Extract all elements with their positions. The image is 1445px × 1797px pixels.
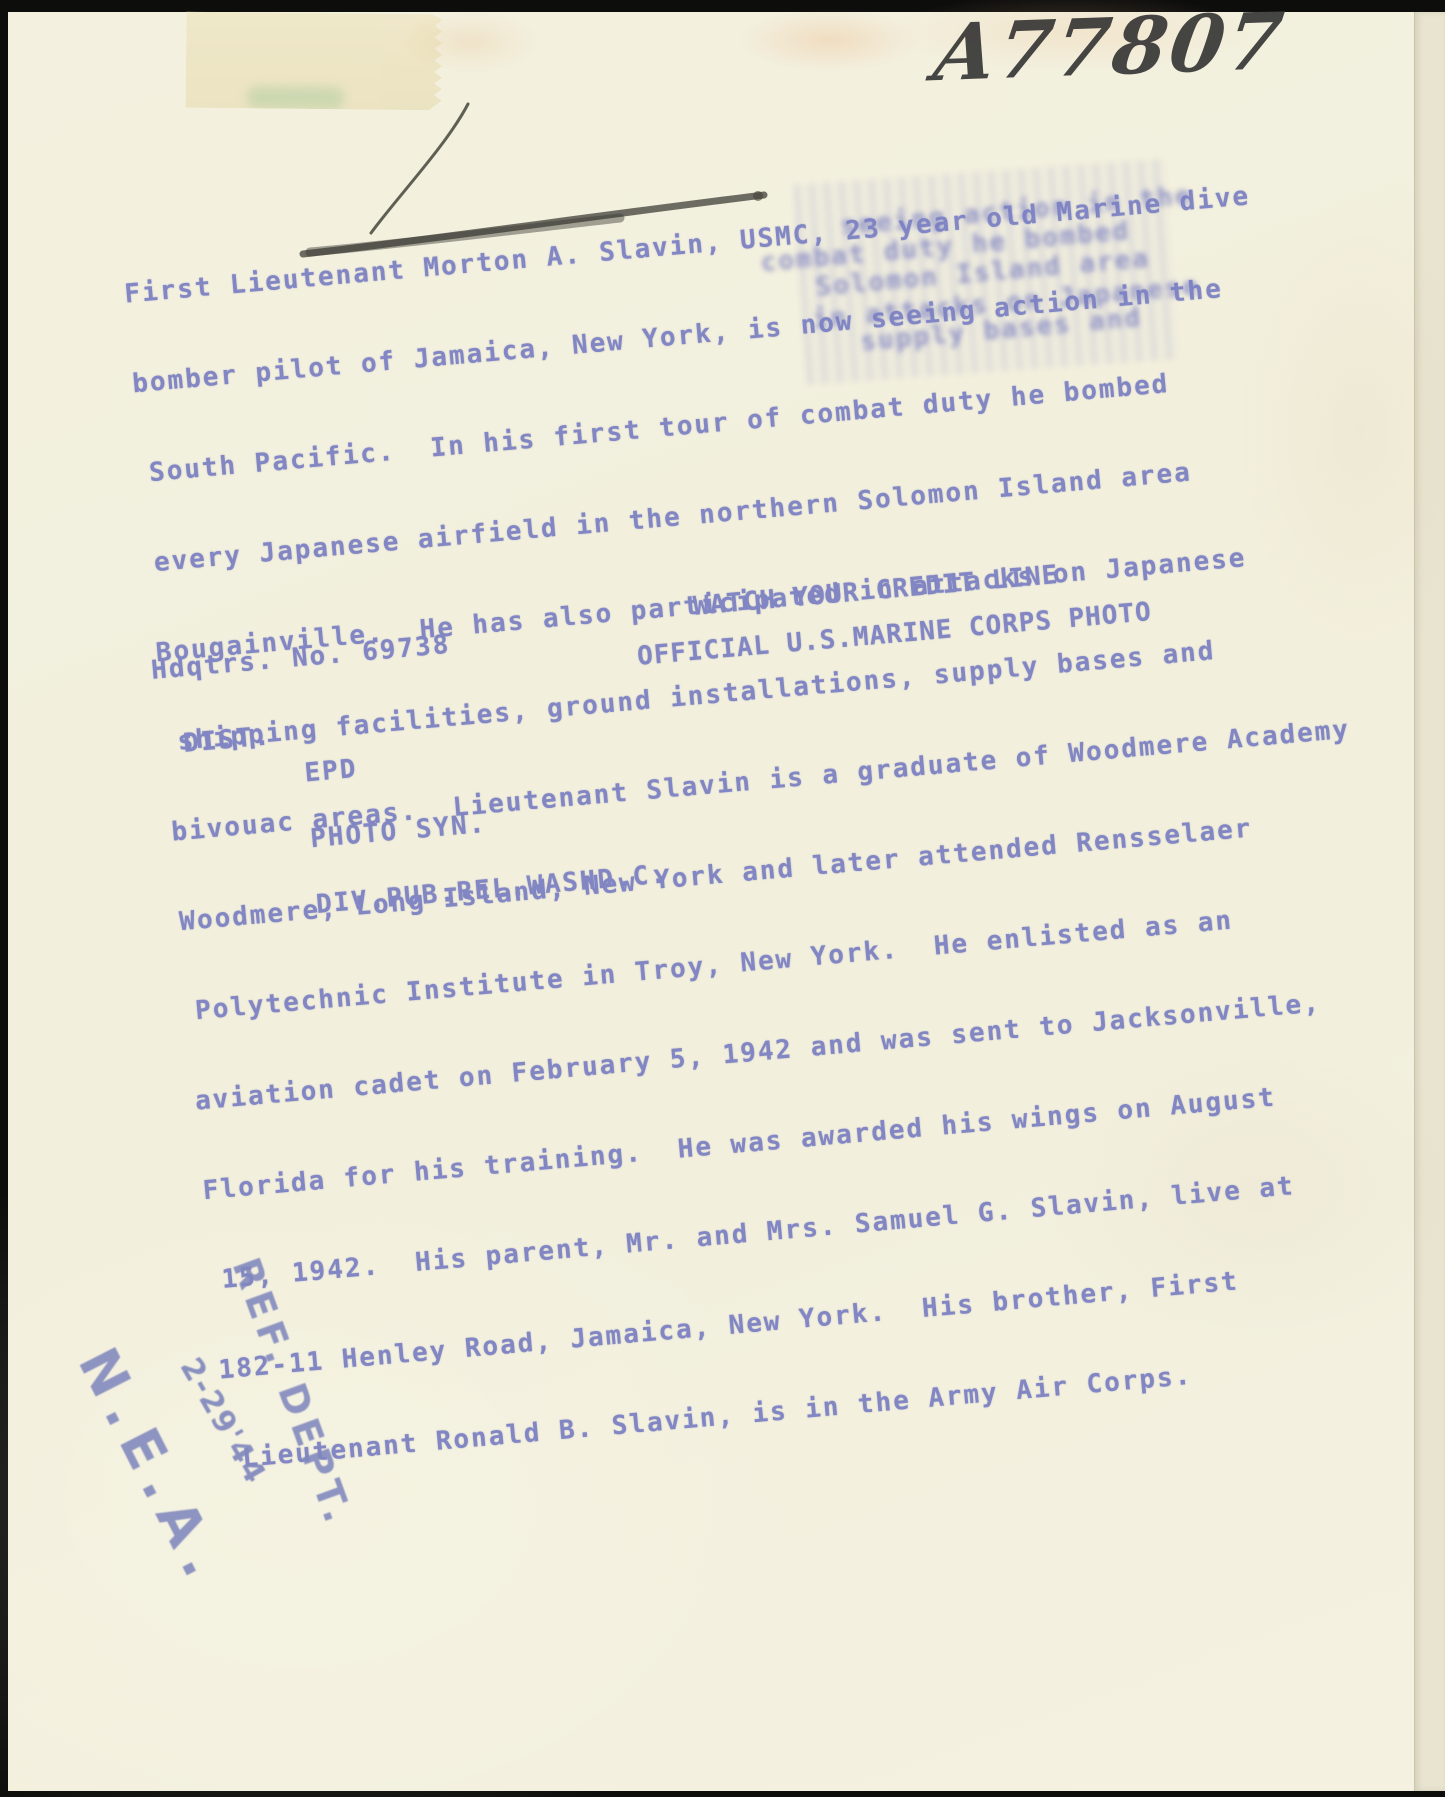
tape-green-mark [248, 86, 344, 109]
distribution-block: DIST. EPD PHOTO SYN. DIV.PUB.REL.WASHD.C… [182, 688, 673, 970]
dist-line: PHOTO SYN. [309, 797, 663, 850]
dist-label: DIST. [182, 721, 273, 759]
handwritten-photo-id: A77807 [929, 0, 1292, 99]
dist-lines: EPD PHOTO SYN. DIV.PUB.REL.WASHD.C. [300, 688, 673, 960]
dist-line: DIV.PUB.REL.WASHD.C. [315, 863, 669, 916]
dist-line: EPD [304, 732, 658, 785]
photo-back-scan: A77807 First Lieutenant Morton A. Slavin… [0, 0, 1445, 1797]
tape [186, 12, 443, 111]
paper-right-edge [1414, 12, 1445, 1791]
